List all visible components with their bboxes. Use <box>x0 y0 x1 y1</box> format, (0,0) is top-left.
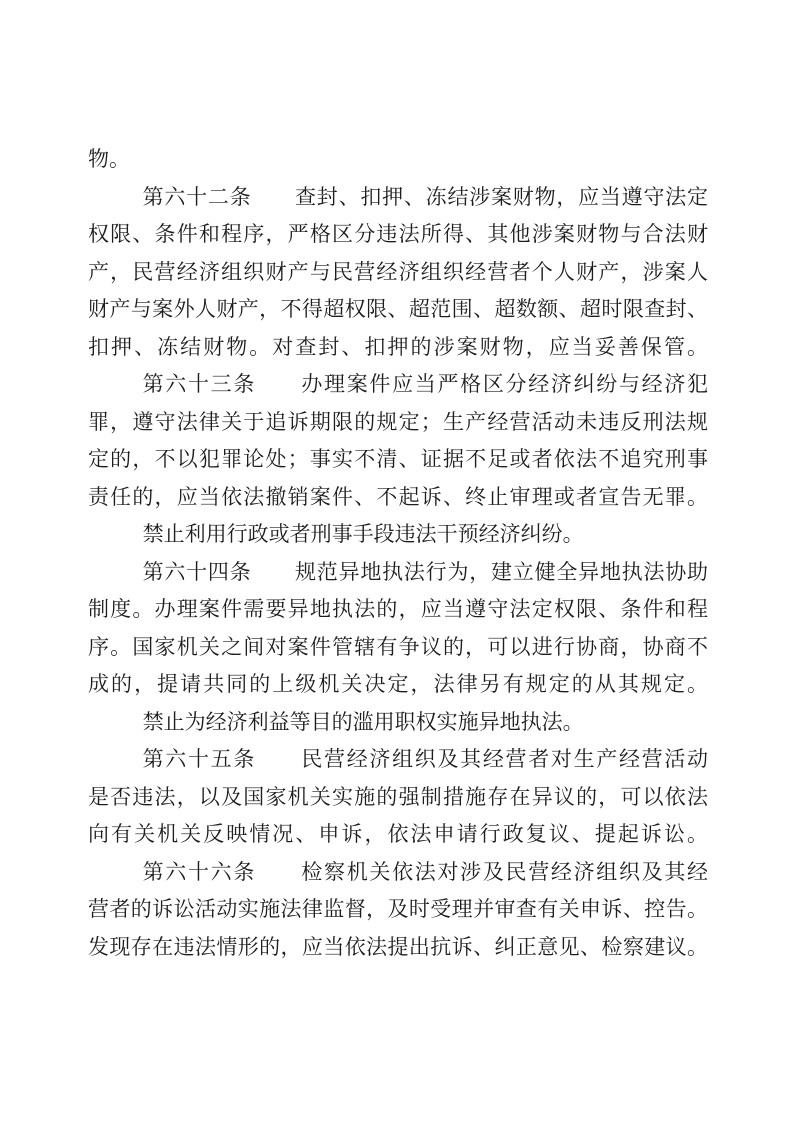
article-heading-line: 第六十四条 规范异地执法行为，建立健全异地执法协助 <box>88 554 708 592</box>
text-line: 发现存在违法情形的，应当依法提出抗诉、纠正意见、检察建议。 <box>88 929 708 967</box>
article-heading-line: 第六十二条 查封、扣押、冻结涉案财物，应当遵守法定 <box>88 179 708 217</box>
text-line: 物。 <box>88 141 708 179</box>
text-line: 营者的诉讼活动实施法律监督，及时受理并审查有关申诉、控告。 <box>88 891 708 929</box>
article-heading-line: 第六十六条 检察机关依法对涉及民营经济组织及其经 <box>88 854 708 892</box>
text-line: 财产与案外人财产，不得超权限、超范围、超数额、超时限查封、 <box>88 291 708 329</box>
text-line: 权限、条件和程序，严格区分违法所得、其他涉案财物与合法财 <box>88 216 708 254</box>
text-line: 制度。办理案件需要异地执法的，应当遵守法定权限、条件和程 <box>88 591 708 629</box>
document-text-block: 物。 第六十二条 查封、扣押、冻结涉案财物，应当遵守法定 权限、条件和程序，严格… <box>88 141 708 966</box>
text-line: 是否违法，以及国家机关实施的强制措施存在异议的，可以依法 <box>88 779 708 817</box>
text-line: 产，民营经济组织财产与民营经济组织经营者个人财产，涉案人 <box>88 254 708 292</box>
article-heading-line: 第六十五条 民营经济组织及其经营者对生产经营活动 <box>88 741 708 779</box>
text-line: 扣押、冻结财物。对查封、扣押的涉案财物，应当妥善保管。 <box>88 329 708 367</box>
text-line: 向有关机关反映情况、申诉，依法申请行政复议、提起诉讼。 <box>88 816 708 854</box>
text-line: 责任的，应当依法撤销案件、不起诉、终止审理或者宣告无罪。 <box>88 479 708 517</box>
article-heading-line: 第六十三条 办理案件应当严格区分经济纠纷与经济犯 <box>88 366 708 404</box>
text-line: 罪，遵守法律关于追诉期限的规定；生产经营活动未违反刑法规 <box>88 404 708 442</box>
text-line: 成的，提请共同的上级机关决定，法律另有规定的从其规定。 <box>88 666 708 704</box>
text-line: 序。国家机关之间对案件管辖有争议的，可以进行协商，协商不 <box>88 629 708 667</box>
document-page: 物。 第六十二条 查封、扣押、冻结涉案财物，应当遵守法定 权限、条件和程序，严格… <box>0 0 793 1122</box>
text-line: 禁止为经济利益等目的滥用职权实施异地执法。 <box>88 704 708 742</box>
text-line: 定的，不以犯罪论处；事实不清、证据不足或者依法不追究刑事 <box>88 441 708 479</box>
text-line: 禁止利用行政或者刑事手段违法干预经济纠纷。 <box>88 516 708 554</box>
